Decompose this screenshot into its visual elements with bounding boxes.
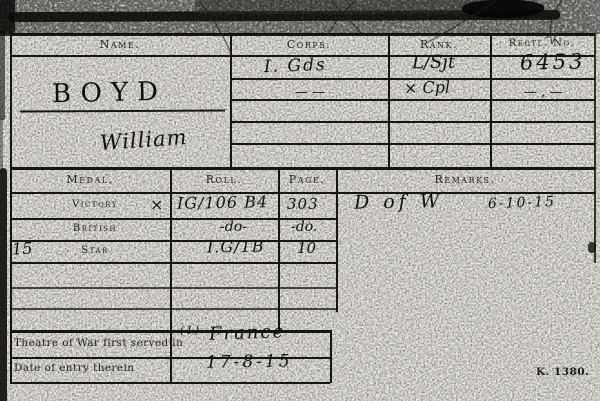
remarks-note-handwritten: D of W [354,192,444,213]
remarks-column-header: Remarks. [336,173,594,186]
scan-left-edge-upper [0,30,5,120]
star-page-handwritten: 10 [297,241,316,256]
rule-victory-under [10,218,336,220]
star-roll-handwritten: I.G/1B [207,238,265,255]
rule-medal-table-top [10,167,595,170]
remarks-date-handwritten: 6-10-15 [488,195,556,211]
surname-handwritten: BOYD [52,79,167,107]
date-of-entry-label: Date of entry therein [14,362,170,374]
forename-handwritten: William [99,127,188,154]
rule-roll-page-divider [278,167,280,330]
entry-date-handwritten: 17-8-15 [206,353,293,372]
rule-right-row4 [230,143,595,145]
rank-column-header: Rank. [388,38,490,51]
page-column-header: Page. [278,173,336,186]
corps-column-header: Corps. [230,38,388,51]
british-roll-ditto: -do- [220,220,247,234]
rule-empty-row1 [10,287,336,289]
regtl-row2-dash: — , — [524,86,562,99]
rule-page-remarks-divider [336,167,338,312]
regtl-no-handwritten: 6453 [520,51,586,73]
star-prefix-handwritten: 15 [12,240,33,257]
rule-theatre-right [330,330,332,383]
corps-row2-dash: — — [295,86,325,99]
medal-column-header: Medal. [10,173,170,186]
rule-card-top [10,33,595,36]
rule-right-row3 [230,121,595,123]
british-page-ditto: -do. [291,220,317,234]
victory-mark-handwritten: × [150,197,163,213]
victory-page-handwritten: 303 [287,197,319,212]
scan-left-edge-mid [0,118,3,173]
regtl-no-column-header: Regtl. No. [490,38,594,49]
rank-secondary-handwritten: × Cpl [404,79,450,96]
rule-empty-row2 [10,308,336,310]
medal-row-star-label: Star [55,245,135,256]
victory-roll-handwritten: IG/106 B4 [177,194,268,212]
rank-primary-handwritten: L/Sjt [412,54,455,73]
medal-row-victory-label: Victory [30,199,160,210]
rule-british-under [10,240,336,242]
theatre-value-text: France [209,321,286,345]
rule-left-border [10,33,12,383]
rule-medal-roll-divider [170,167,172,330]
rule-surname-under [20,109,225,112]
scan-left-edge-lower [0,168,7,401]
rule-corps-rank-divider [388,33,390,167]
theatre-value-handwritten: (1) France [180,322,286,345]
rule-right-border [594,33,596,263]
theatre-of-war-label: Theatre of War first served in [14,337,170,349]
rule-medal-header-under [10,192,595,194]
medal-row-british-label: British [30,223,160,234]
form-code: K. 1380. [536,366,589,378]
rule-name-corps-divider [230,33,232,167]
corps-handwritten: I. Gds [264,57,327,76]
rule-star-under [10,262,336,264]
medal-index-card-scan: { "card": { "columns": { "name": "Name."… [0,0,600,401]
rule-rank-regtl-divider [490,33,492,167]
name-column-header: Name. [10,38,230,51]
roll-column-header: Roll. [170,173,278,186]
theatre-value-prefix: (1) [180,323,202,337]
